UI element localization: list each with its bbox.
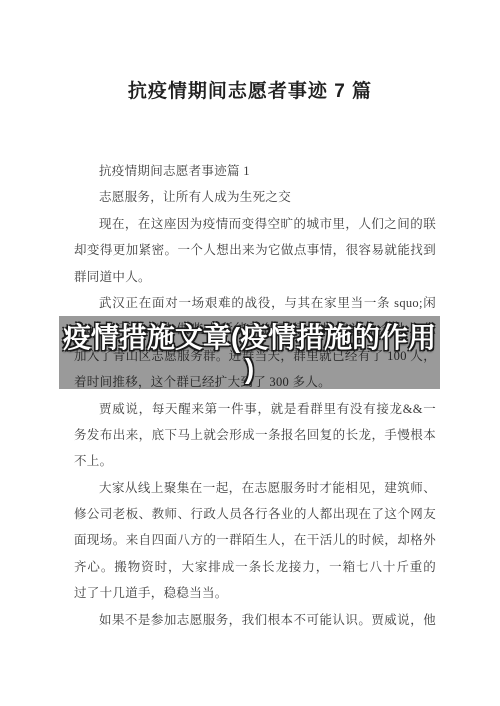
document-line: 齐心。搬物资时，大家排成一条长龙接力，一箱七八十斤重的菜，: [74, 554, 436, 580]
document-line: 群同道中人。: [74, 264, 436, 290]
document-page: 抗疫情期间志愿者事迹 7 篇 抗疫情期间志愿者事迹篇 1 志愿服务，让所有人成为…: [0, 0, 500, 706]
watermark-title-line2: ): [245, 353, 254, 384]
document-line: 过了十几道手，稳稳当当。: [74, 580, 436, 606]
watermark-banner: 疫情措施文章(疫情措施的作用 ): [59, 316, 440, 389]
document-body: 抗疫情期间志愿者事迹篇 1 志愿服务，让所有人成为生死之交 现在，在这座因为疫情…: [74, 158, 436, 633]
document-line: 志愿服务，让所有人成为生死之交: [74, 184, 436, 210]
document-line: 面现场。来自四面八方的一群陌生人，在干活儿的时候，却格外地: [74, 527, 436, 553]
document-title: 抗疫情期间志愿者事迹 7 篇: [0, 76, 500, 103]
document-line: 不上。: [74, 448, 436, 474]
document-line: 贾威说，每天醒来第一件事，就是看群里有没有接龙&&一个任: [74, 396, 436, 422]
document-line: 修公司老板、教师、行政人员各行各业的人都出现在了这个网友见: [74, 501, 436, 527]
document-line: 抗疫情期间志愿者事迹篇 1: [74, 158, 436, 184]
document-line: 却变得更加紧密。一个人想出来为它做点事情，很容易就能找到一: [74, 237, 436, 263]
document-line: 武汉正在面对一场艰难的战役，与其在家里当一条 squo;闲鱼: [74, 290, 436, 316]
watermark-title-line1: 疫情措施文章(疫情措施的作用: [63, 322, 436, 353]
document-line: 如果不是参加志愿服务，我们根本不可能认识。贾威说，他和: [74, 607, 436, 633]
document-line: 大家从线上聚集在一起，在志愿服务时才能相见，建筑师、装: [74, 475, 436, 501]
document-line: 现在，在这座因为疫情而变得空旷的城市里，人们之间的联系: [74, 211, 436, 237]
document-line: 务发布出来，底下马上就会形成一条报名回复的长龙，手慢根本抢: [74, 422, 436, 448]
